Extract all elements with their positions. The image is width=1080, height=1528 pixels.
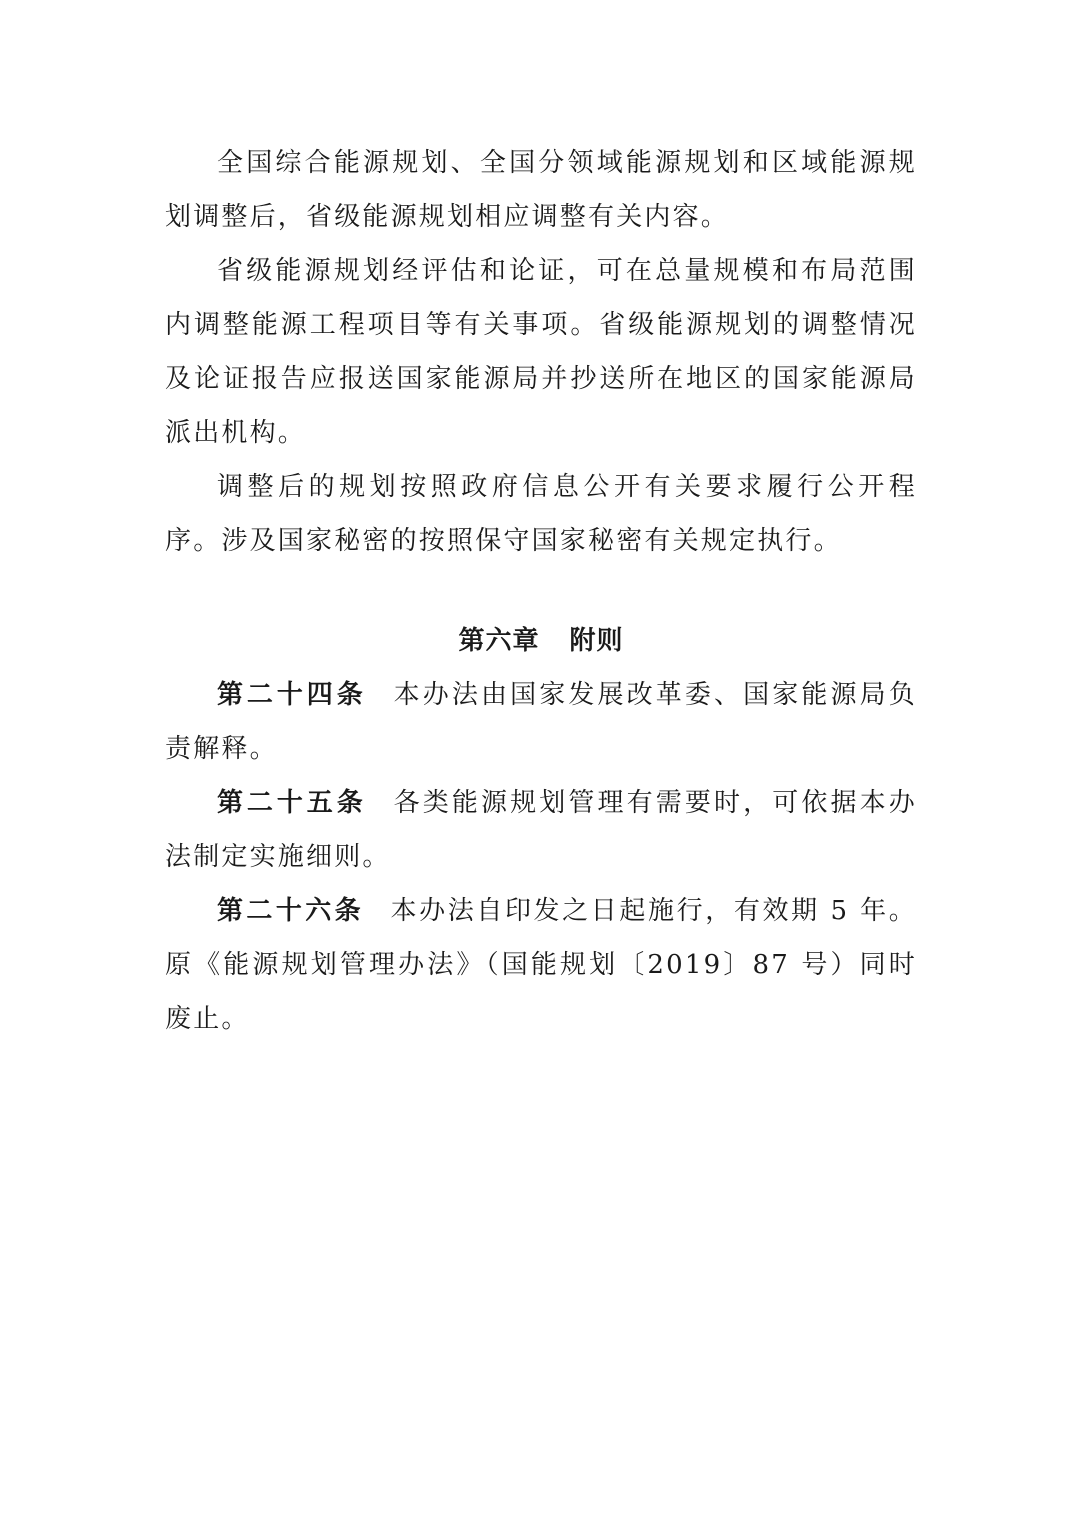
article-label: 第二十五条	[217, 788, 367, 818]
article-24: 第二十四条本办法由国家发展改革委、国家能源局负责解释。	[165, 668, 917, 776]
chapter-heading: 第六章附则	[165, 614, 917, 668]
chapter-number: 第六章	[458, 626, 539, 656]
article-label: 第二十四条	[217, 680, 367, 710]
document-page: 全国综合能源规划、全国分领域能源规划和区域能源规划调整后，省级能源规划相应调整有…	[165, 136, 917, 1046]
article-25: 第二十五条各类能源规划管理有需要时，可依据本办法制定实施细则。	[165, 776, 917, 884]
article-26: 第二十六条本办法自印发之日起施行，有效期 5 年。原《能源规划管理办法》（国能规…	[165, 884, 917, 1046]
chapter-title: 附则	[570, 626, 624, 656]
paragraph-provincial-adjustment: 省级能源规划经评估和论证，可在总量规模和布局范围内调整能源工程项目等有关事项。省…	[165, 244, 917, 460]
paragraph-adjustment-follow: 全国综合能源规划、全国分领域能源规划和区域能源规划调整后，省级能源规划相应调整有…	[165, 136, 917, 244]
paragraph-public-disclosure: 调整后的规划按照政府信息公开有关要求履行公开程序。涉及国家秘密的按照保守国家秘密…	[165, 460, 917, 568]
article-label: 第二十六条	[217, 896, 364, 926]
